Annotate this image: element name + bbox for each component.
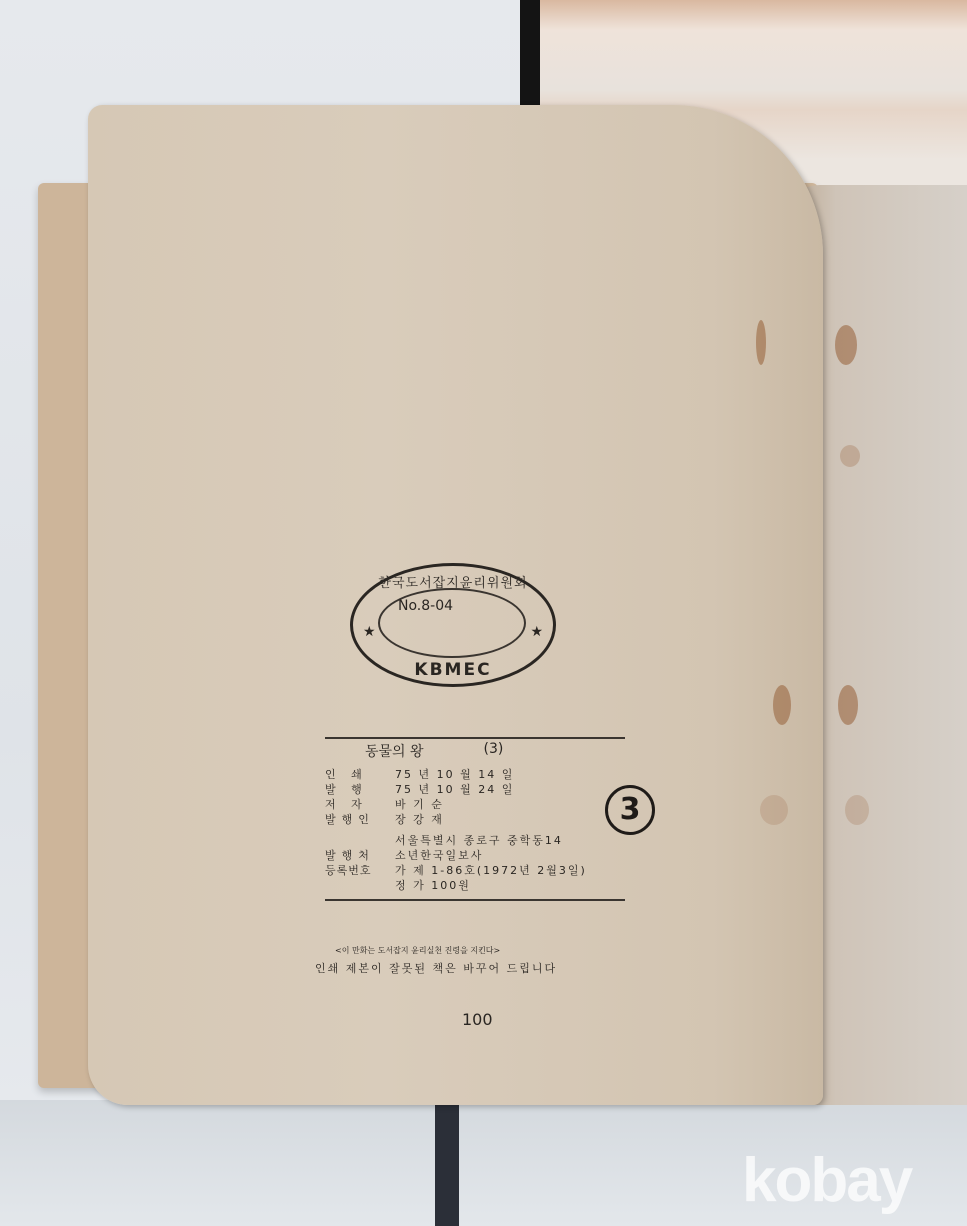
stain (838, 685, 858, 725)
stain (773, 685, 791, 725)
stamp-bottom-text: KBMEC (353, 660, 553, 680)
divider (325, 899, 625, 901)
watermark-logo: kobay (742, 1145, 911, 1216)
colophon-row: 발행인장 강 재 (325, 812, 625, 827)
notice: <이 만화는 도서잡지 윤리실천 진령을 지킨다> 인쇄 제본이 잘못된 책은 … (315, 945, 625, 976)
stain (840, 445, 860, 467)
colophon-row: 발행처소년한국일보사 (325, 848, 625, 863)
colophon: 동물의 왕 (3) 인 쇄75 년 10 월 14 일 발 행75 년 10 월… (325, 737, 625, 903)
book-title: 동물의 왕 (365, 741, 424, 761)
colophon-row: 저 자바 기 순 (325, 797, 625, 812)
star-icon: ★ (530, 624, 543, 640)
colophon-row: 정 가 100원 (325, 878, 625, 893)
star-icon: ★ (363, 624, 376, 640)
stain (756, 320, 766, 365)
stain (760, 795, 788, 825)
notice-main: 인쇄 제본이 잘못된 책은 바꾸어 드립니다 (315, 960, 625, 976)
circled-volume-number: 3 (605, 785, 655, 835)
colophon-row: 서울특별시 종로구 중학동14 (325, 833, 625, 848)
divider (325, 737, 625, 739)
colophon-row: 발 행75 년 10 월 24 일 (325, 782, 625, 797)
ethics-committee-stamp: 한국도서잡지윤리위원회 No.8-04 ★ ★ KBMEC (350, 563, 556, 687)
colophon-row: 인 쇄75 년 10 월 14 일 (325, 767, 625, 782)
notice-small: <이 만화는 도서잡지 윤리실천 진령을 지킨다> (335, 945, 625, 956)
stain (845, 795, 869, 825)
colophon-row: 등록번호가 제 1-86호(1972년 2월3일) (325, 863, 625, 878)
page-number: 100 (462, 1010, 493, 1029)
stain (835, 325, 857, 365)
volume-number: (3) (484, 741, 504, 761)
colophon-title-row: 동물의 왕 (3) (365, 741, 625, 761)
floor-gap (435, 1100, 459, 1226)
stamp-number: No.8-04 (398, 598, 453, 614)
